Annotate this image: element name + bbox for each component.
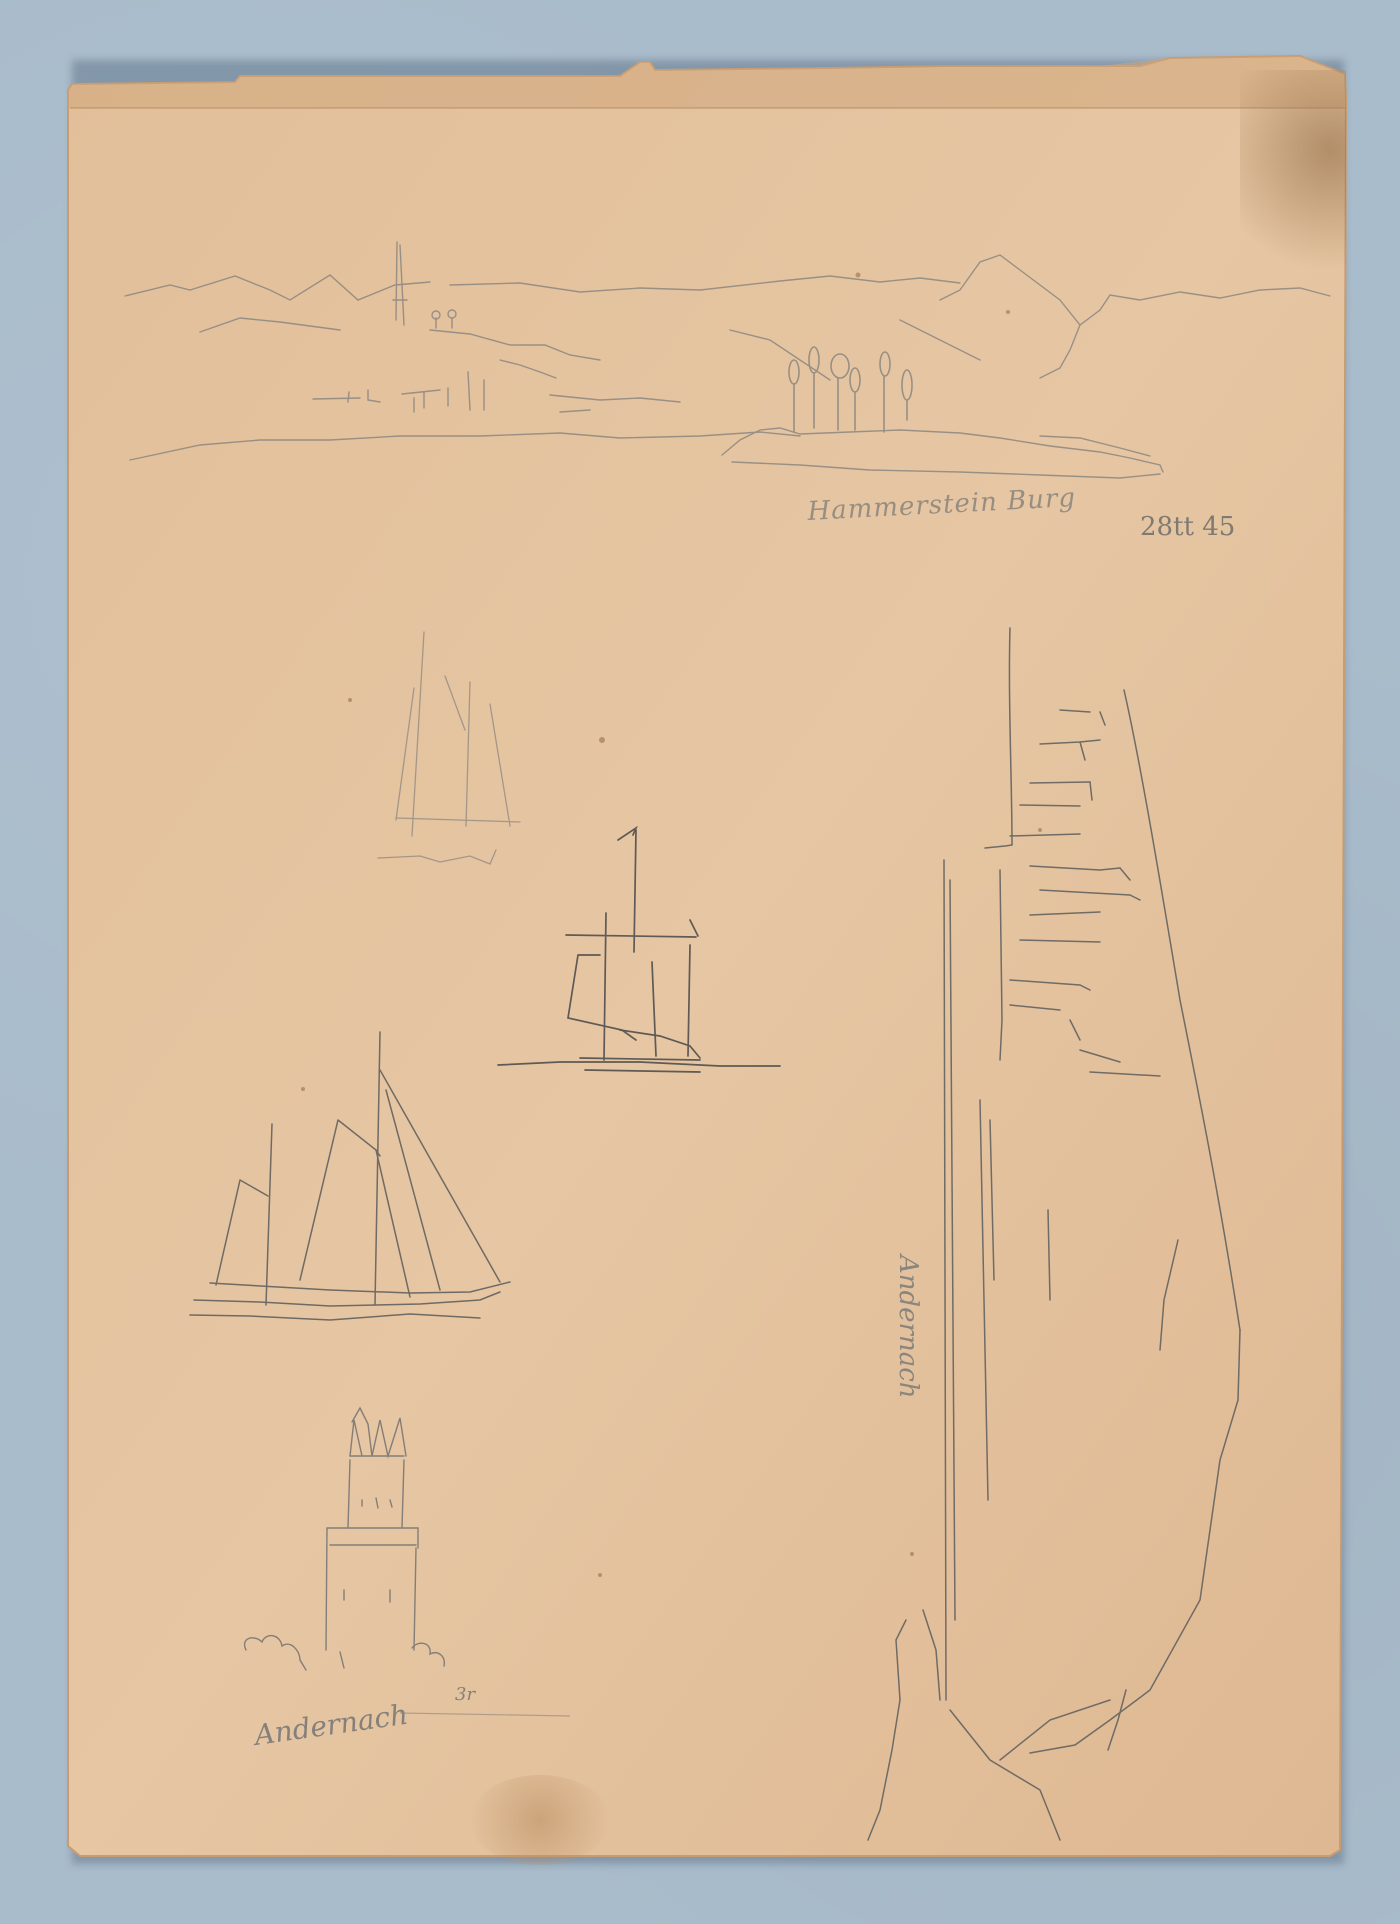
tower-caption-suffix: 3r: [455, 1684, 476, 1705]
sketch-sheet: Hammerstein Burg 28tt 45 Andernach 3r An…: [0, 0, 1400, 1924]
paper: [68, 56, 1346, 1865]
mount-background: Hammerstein Burg 28tt 45 Andernach 3r An…: [0, 0, 1400, 1924]
landscape-date: 28tt 45: [1140, 512, 1235, 542]
vertical-caption: Andernach: [893, 1253, 923, 1399]
